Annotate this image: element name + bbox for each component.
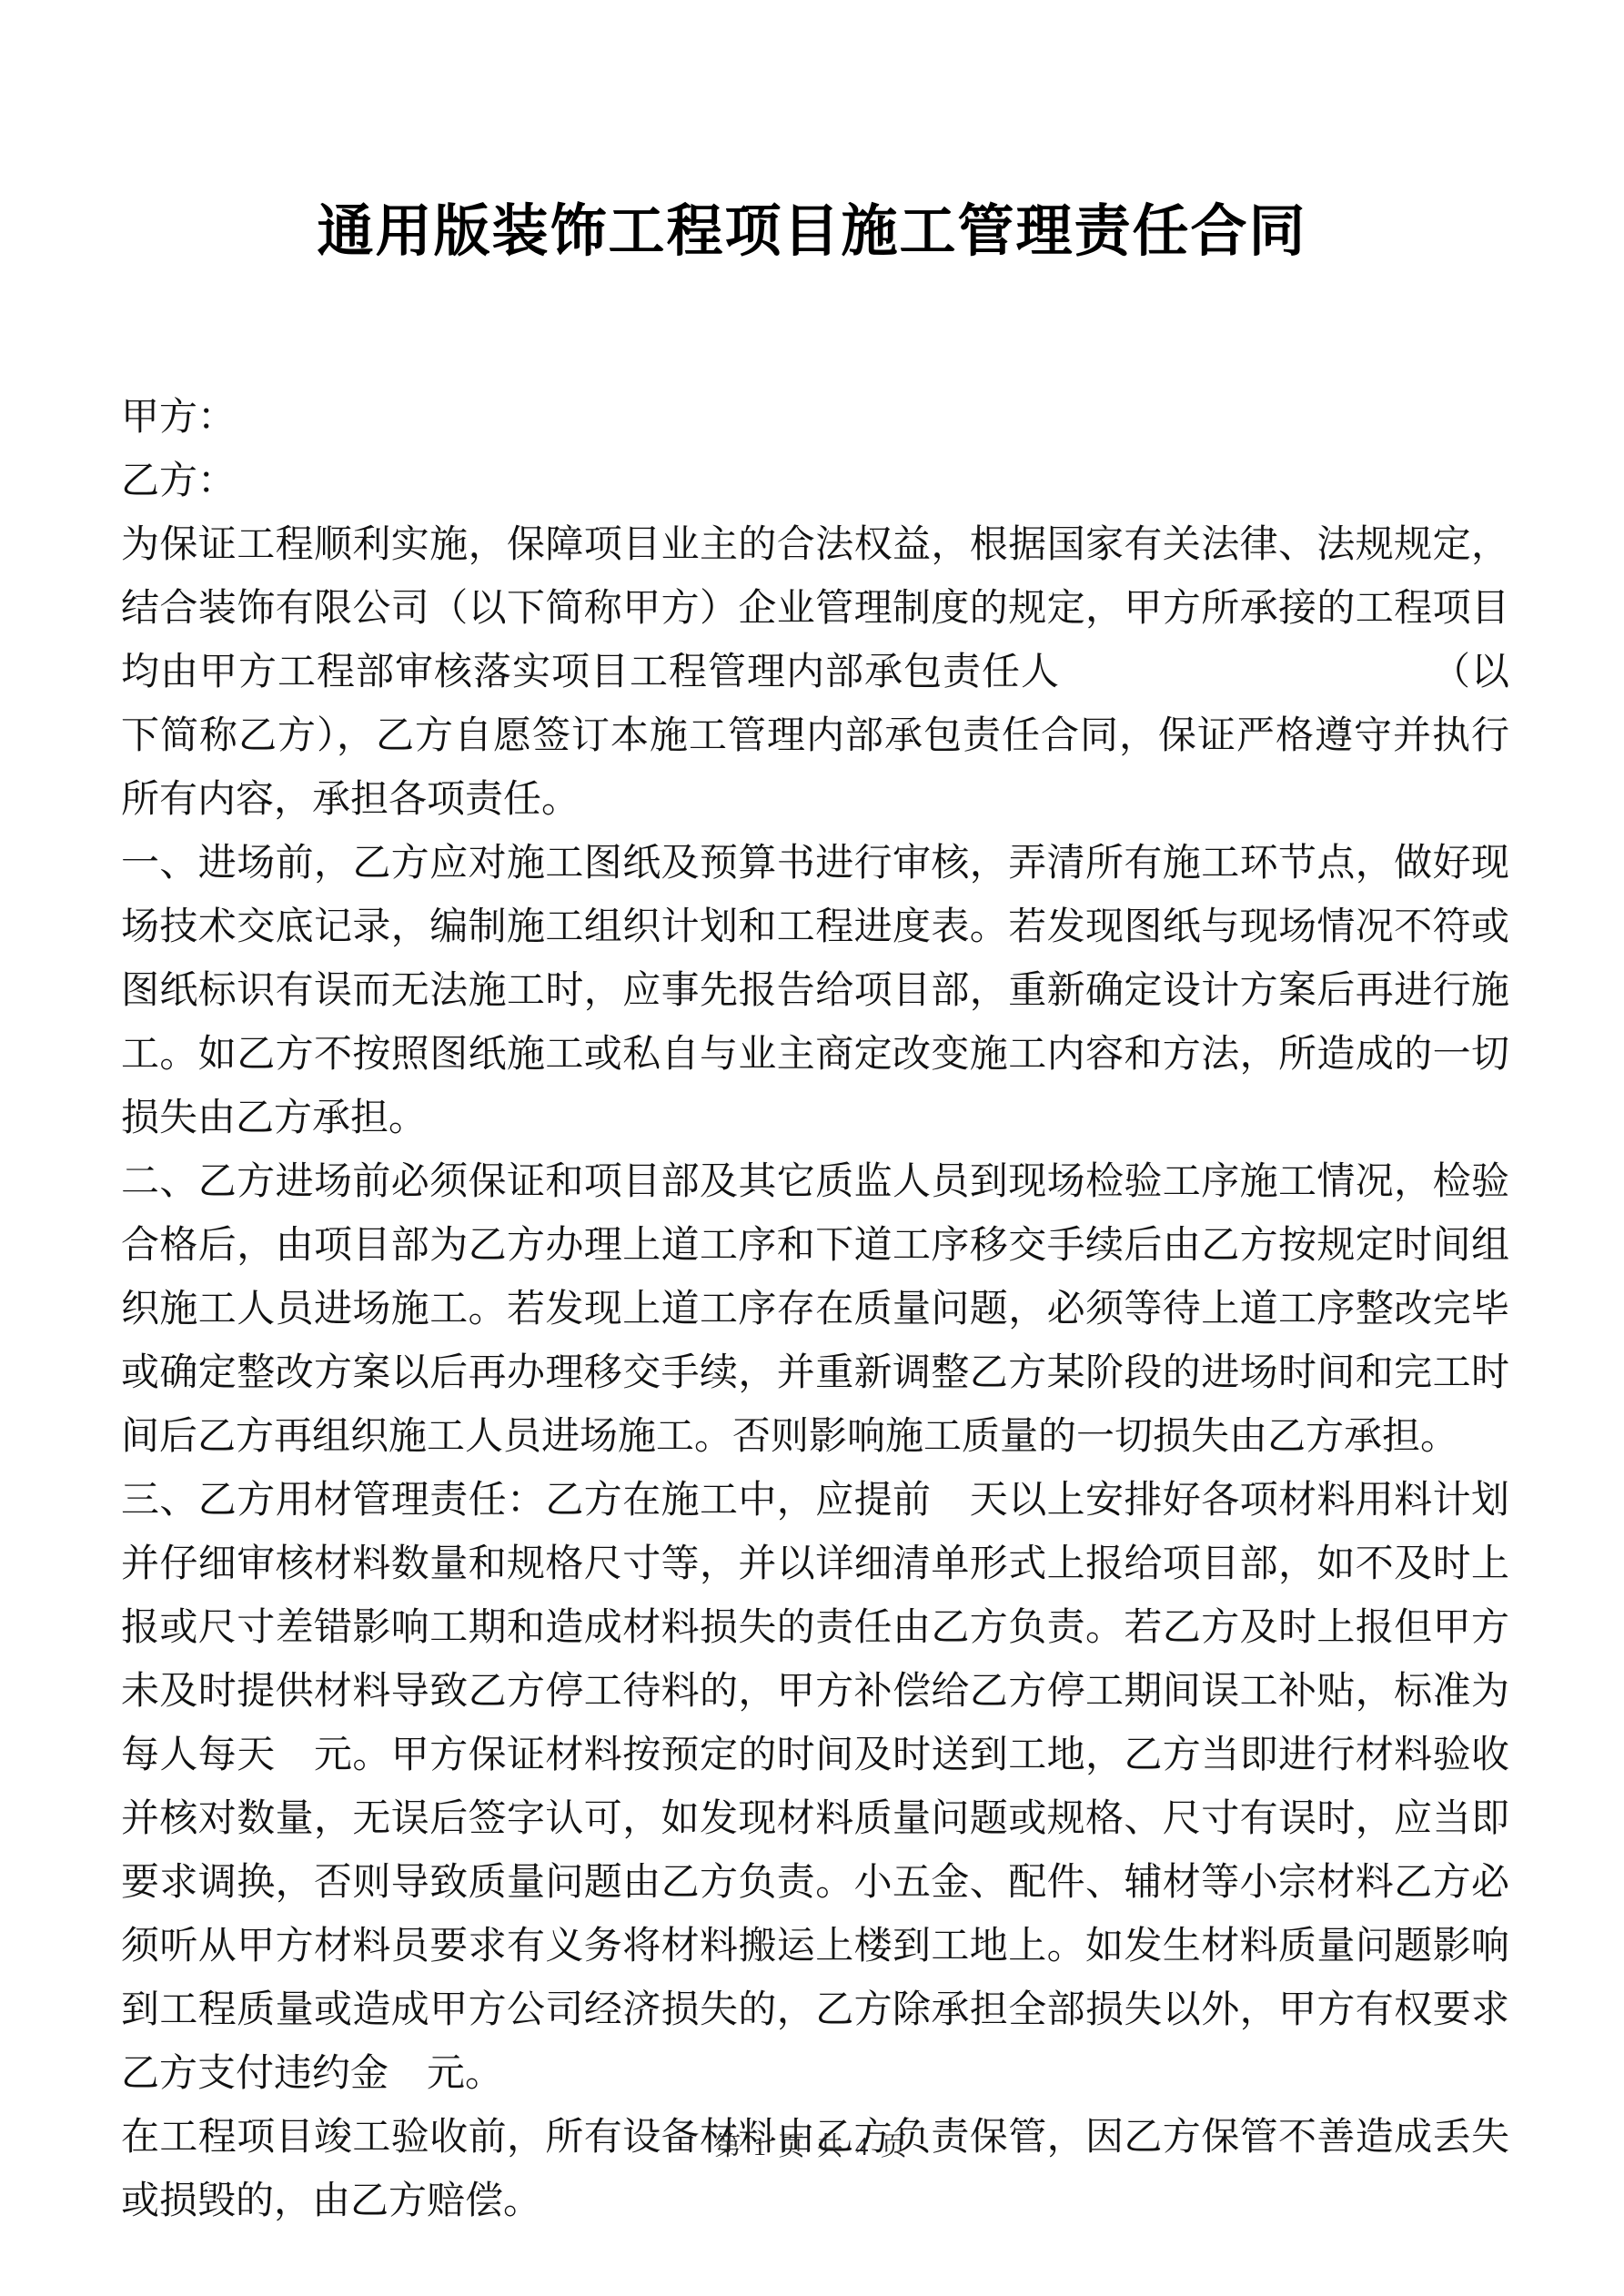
page-number: 第 1 页 共 4 页 (714, 2132, 909, 2161)
preamble-paragraph: 为保证工程顺利实施，保障项目业主的合法权益，根据国家有关法律、法规规定，结合装饰… (121, 513, 1509, 832)
page-footer: 第 1 页 共 4 页 (0, 2126, 1624, 2163)
document-title: 通用版装饰工程项目施工管理责任合同 (0, 0, 1624, 262)
contract-page: 通用版装饰工程项目施工管理责任合同 甲方： 乙方： 为保证工程顺利实施，保障项目… (0, 0, 1624, 2296)
document-body: 甲方： 乙方： 为保证工程顺利实施，保障项目业主的合法权益，根据国家有关法律、法… (121, 386, 1509, 2233)
clause-3-paragraph: 三、乙方用材管理责任：乙方在施工中，应提前 天以上安排好各项材料用料计划并仔细审… (121, 1469, 1509, 2106)
clause-2-paragraph: 二、乙方进场前必须保证和项目部及其它质监人员到现场检验工序施工情况，检验合格后，… (121, 1150, 1509, 1469)
clause-1-paragraph: 一、进场前，乙方应对施工图纸及预算书进行审核，弄清所有施工环节点，做好现场技术交… (121, 832, 1509, 1150)
party-b-line: 乙方： (121, 450, 1509, 513)
storage-clause-paragraph: 在工程项目竣工验收前，所有设备材料由乙方负责保管，因乙方保管不善造成丢失或损毁的… (121, 2106, 1509, 2233)
party-a-line: 甲方： (121, 386, 1509, 450)
